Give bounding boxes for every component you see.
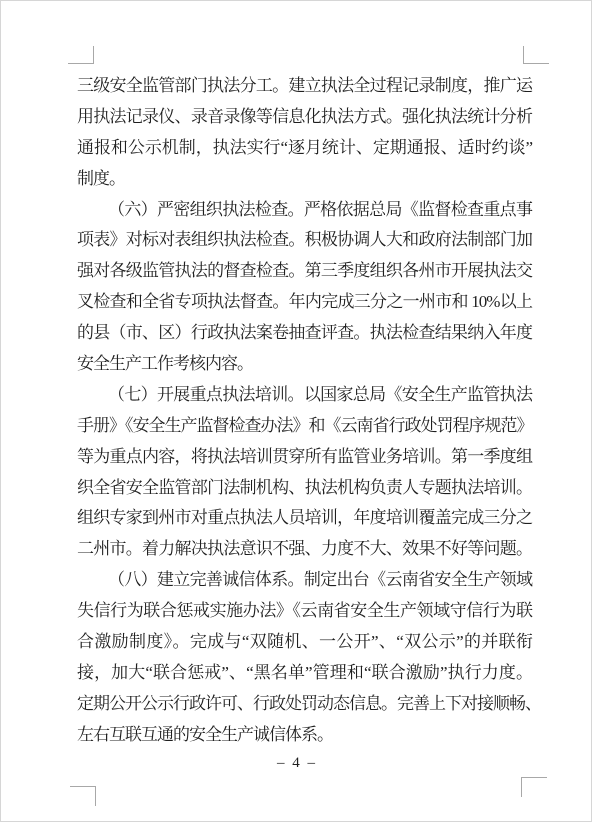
text-line: 二州市。着力解决执法意识不强、力度不大、效果不好等问题。 xyxy=(77,534,532,565)
corner-mark-bottom-right xyxy=(521,777,547,797)
document-page: 三级安全监管部门执法分工。建立执法全过程记录制度，推广运 用执法记录仪、录音录像… xyxy=(0,0,592,822)
text-line: 失信行为联合惩戒实施办法》《云南省安全生产领域守信行为联 xyxy=(77,596,532,627)
text-line: 制度。 xyxy=(77,164,532,195)
text-line: 左右互联互通的安全生产诚信体系。 xyxy=(77,720,532,751)
text-line: 接，加大“联合惩戒”、“黑名单”管理和“联合激励”执行力度。 xyxy=(77,658,532,689)
corner-mark-bottom-left xyxy=(70,786,96,806)
text-line: 强对各级监管执法的督查检查。第三季度组织各州市开展执法交 xyxy=(77,256,532,287)
text-line: 叉检查和全省专项执法督查。年内完成三分之一州市和 10%以上 xyxy=(77,287,532,318)
text-line-section-6: （六）严密组织执法检查。严格依据总局《监督检查重点事 xyxy=(77,195,532,226)
text-line: 项表》对标对表组织执法检查。积极协调人大和政府法制部门加 xyxy=(77,225,532,256)
corner-mark-top-right xyxy=(523,46,549,64)
text-line: 安全生产工作考核内容。 xyxy=(77,349,532,380)
text-line: 定期公开公示行政许可、行政处罚动态信息。完善上下对接顺畅、 xyxy=(77,689,532,720)
text-line: 织全省安全监管部门法制机构、执法机构负责人专题执法培训。 xyxy=(77,473,532,504)
text-line: 用执法记录仪、录音录像等信息化执法方式。强化执法统计分析 xyxy=(77,102,532,133)
text-line: 等为重点内容，将执法培训贯穿所有监管业务培训。第一季度组 xyxy=(77,442,532,473)
text-line: 手册》《安全生产监督检查办法》和《云南省行政处罚程序规范》 xyxy=(77,411,532,442)
text-line: 的县（市、区）行政执法案卷抽查评查。执法检查结果纳入年度 xyxy=(77,318,532,349)
document-body: 三级安全监管部门执法分工。建立执法全过程记录制度，推广运 用执法记录仪、录音录像… xyxy=(77,71,532,751)
corner-mark-top-left xyxy=(68,46,94,64)
text-line: 通报和公示机制，执法实行“逐月统计、定期通报、适时约谈” xyxy=(77,133,532,164)
text-line: 合激励制度》。完成与“双随机、一公开”、“双公示”的并联衔 xyxy=(77,627,532,658)
text-line: 组织专家到州市对重点执法人员培训，年度培训覆盖完成三分之 xyxy=(77,503,532,534)
text-line-section-7: （七）开展重点执法培训。以国家总局《安全生产监管执法 xyxy=(77,380,532,411)
page-number: – 4 – xyxy=(1,755,592,772)
text-line: 三级安全监管部门执法分工。建立执法全过程记录制度，推广运 xyxy=(77,71,532,102)
text-line-section-8: （八）建立完善诚信体系。制定出台《云南省安全生产领域 xyxy=(77,565,532,596)
